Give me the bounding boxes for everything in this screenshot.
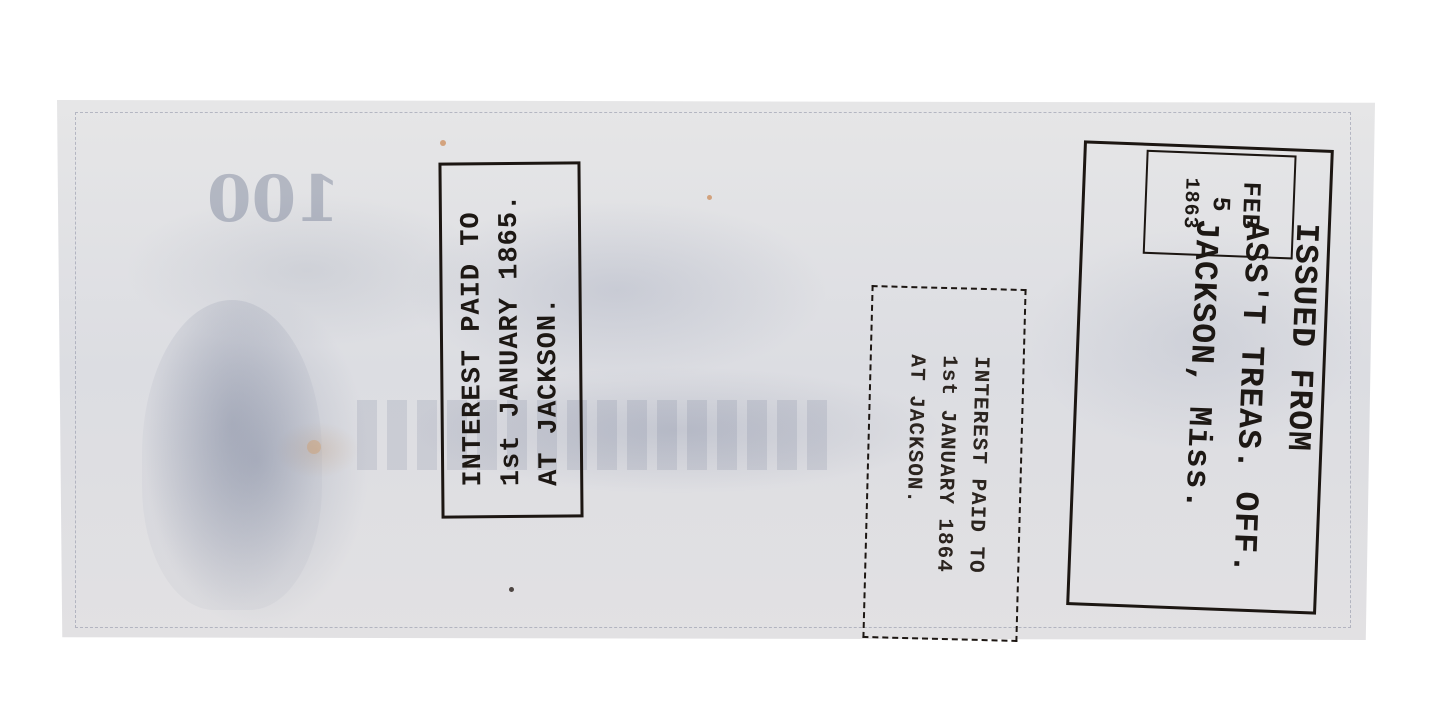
show-through-figure [142, 300, 322, 610]
show-through-text-band [357, 400, 837, 470]
foxing-spot [307, 440, 321, 454]
ink-spot [509, 587, 514, 592]
stamp-interest-paid-1864: INTEREST PAID TO 1st JANUARY 1864 AT JAC… [862, 285, 1026, 642]
show-through-denomination: 100 [207, 162, 341, 237]
stamp-line: INTEREST PAID TO [453, 194, 494, 487]
foxing-spot [440, 140, 446, 146]
stamp-line: AT JACKSON. [529, 193, 570, 486]
foxing-spot [707, 195, 712, 200]
stamp-line: INTEREST PAID TO [958, 355, 996, 573]
stamp-line: 1st JANUARY 1864 [926, 354, 964, 572]
stamp-issued-from: FEB 5 1863 ISSUED FROM ASS'T TREAS. OFF.… [1066, 140, 1334, 614]
stamp-line: 1st JANUARY 1865. [491, 194, 532, 487]
stamp-line: AT JACKSON. [894, 353, 932, 571]
stamp-interest-paid-1865: INTEREST PAID TO 1st JANUARY 1865. AT JA… [438, 161, 583, 518]
